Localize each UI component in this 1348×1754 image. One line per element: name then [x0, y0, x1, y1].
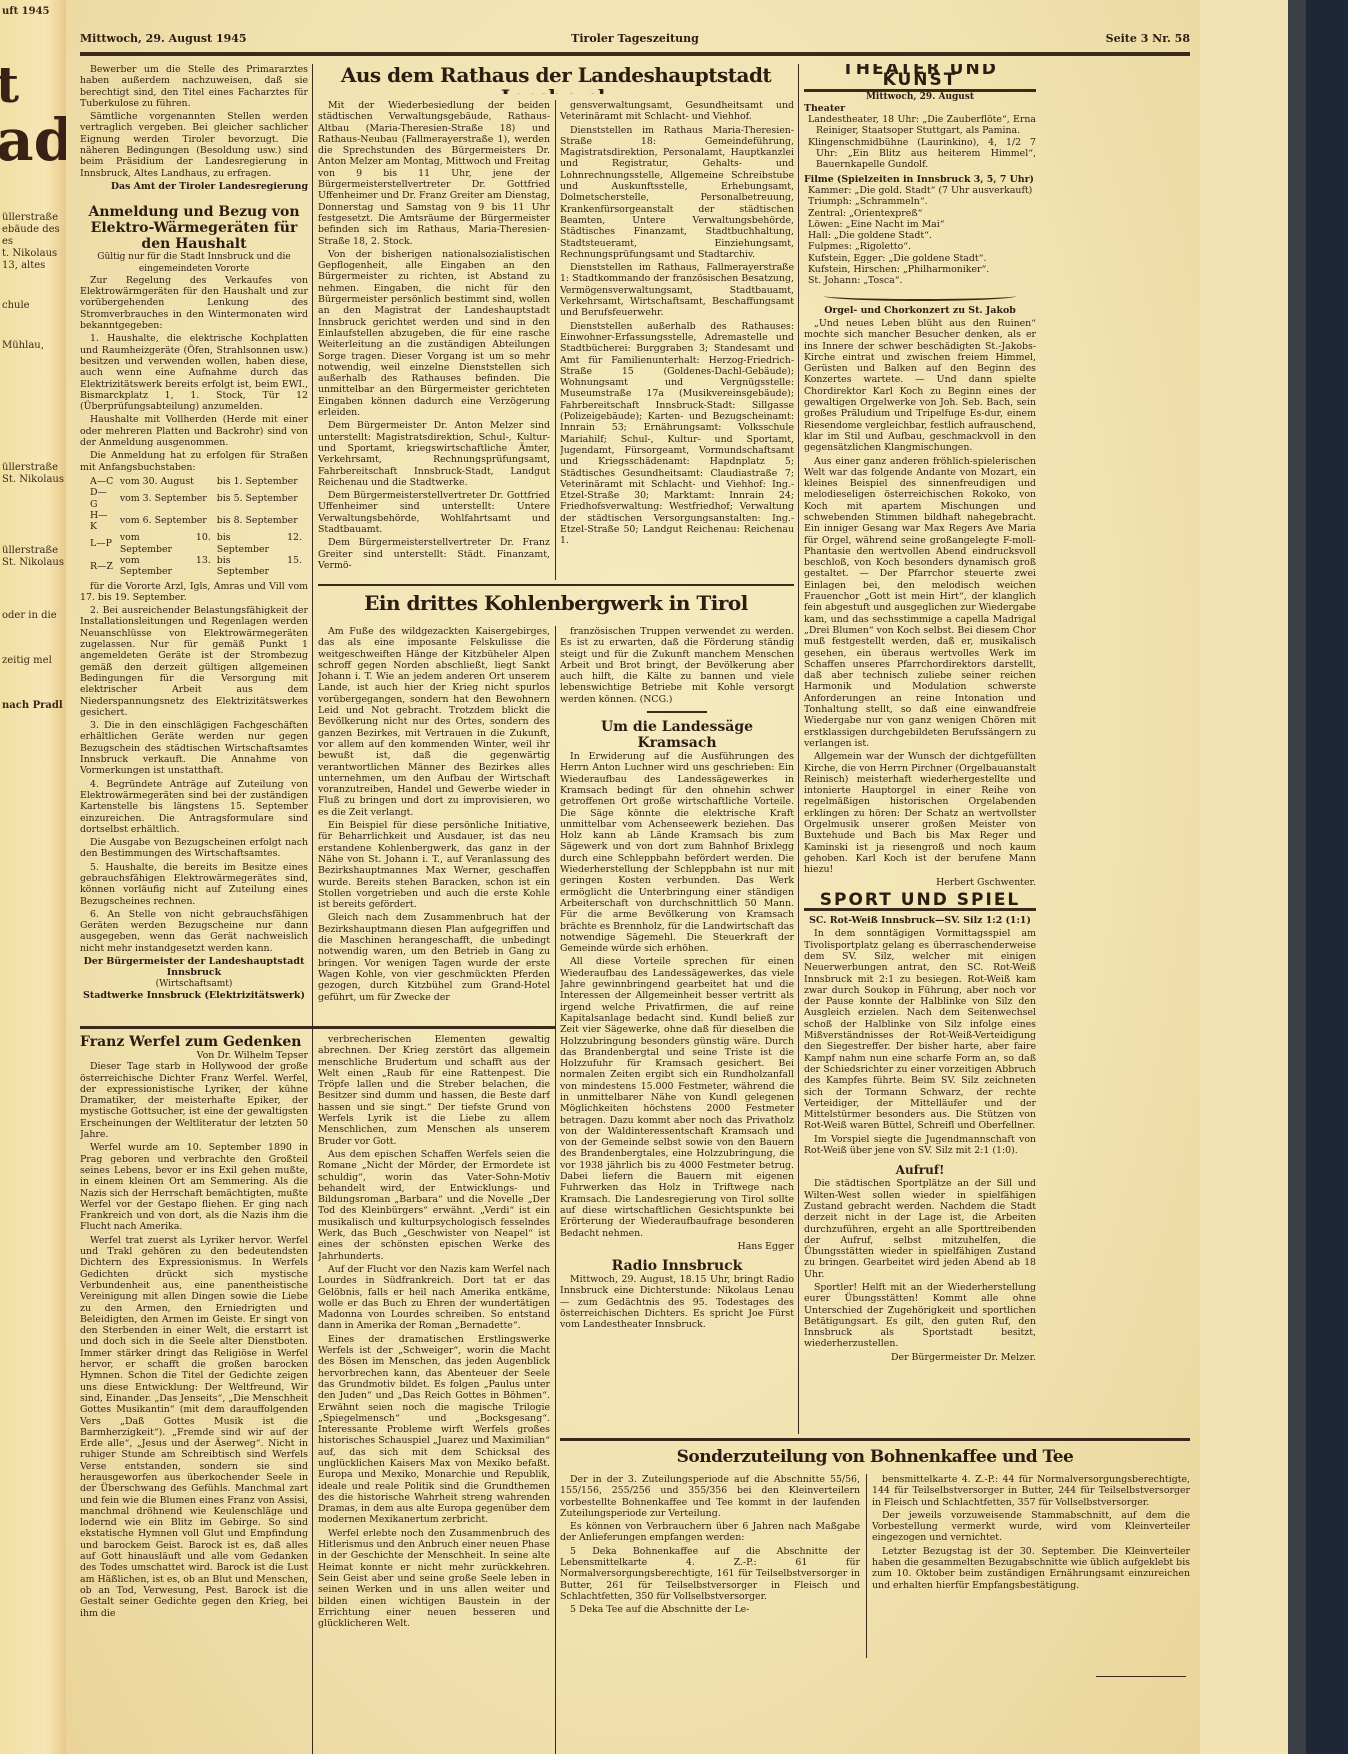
newspaper-page: Mittwoch, 29. August 1945 Tiroler Tagesz… — [66, 0, 1200, 1754]
paragraph: Ein Beispiel für diese persönliche Initi… — [318, 820, 550, 910]
paragraph: Die Anmeldung hat zu erfolgen für Straße… — [80, 450, 308, 473]
paragraph: Der jeweils vorzuweisende Stammabschnitt… — [872, 1510, 1190, 1544]
paragraph: Haushalte mit Vollherden (Herde mit eine… — [80, 414, 308, 448]
theater-label: Theater — [804, 103, 1036, 114]
saege-author: Hans Egger — [560, 1241, 794, 1252]
rathaus-header: Aus dem Rathaus der Landeshauptstadt Inn… — [318, 64, 794, 94]
paragraph: „Und neues Leben blüht aus den Ruinen“ m… — [804, 318, 1036, 454]
paragraph: 1. Haushalte, die elektrische Kochplatte… — [80, 333, 308, 412]
paragraph: Sportler! Helft mit an der Wiederherstel… — [804, 1282, 1036, 1350]
paragraph: In dem sonntägigen Vormittagsspiel am Ti… — [804, 928, 1036, 1131]
paragraph: 5 Deka Bohnenkaffee auf die Abschnitte d… — [560, 1546, 860, 1602]
adjacent-page-date: uft 1945 — [2, 6, 50, 18]
short-rule — [647, 711, 707, 713]
film-item: Kufstein, Egger: „Die goldene Stadt“. — [816, 253, 1036, 264]
paragraph: 3. Die in den einschlägigen Fachgeschäft… — [80, 720, 308, 776]
paragraph: Mit der Wiederbesiedlung der beiden städ… — [318, 100, 550, 247]
film-item: Hall: „Die goldene Stadt“. — [816, 230, 1036, 241]
paragraph: Dem Bürgermeister Dr. Anton Melzer sind … — [318, 420, 550, 488]
rathaus-col-b: gensverwaltungsamt, Gesundheitsamt und V… — [560, 100, 794, 580]
match-title: SC. Rot-Weiß Innsbruck—SV. Silz 1:2 (1:1… — [804, 915, 1036, 926]
kohle-header: Ein drittes Kohlenbergwerk in Tirol — [318, 592, 794, 622]
concert-title: Orgel- und Chorkonzert zu St. Jakob — [804, 305, 1036, 316]
adjacent-headline-fragment-2: ad — [0, 110, 66, 170]
theater-item: Klingenschmidbühne (Laurinkino), 4, 1/2 … — [816, 137, 1036, 171]
paragraph: Gleich nach dem Zusammenbruch hat der Be… — [318, 912, 550, 1002]
paragraph: Mittwoch, 29. August, 18.15 Uhr, bringt … — [560, 1274, 794, 1330]
kohle-col-a: Am Fuße des wildgezackten Kaisergebirges… — [318, 626, 550, 1024]
paragraph: Sämtliche vorgenannten Stellen werden ve… — [80, 111, 308, 179]
adjacent-text: chule — [2, 300, 30, 312]
film-item: St. Johann: „Tosca“. — [816, 275, 1036, 286]
adjacent-text: nach Pradl — [2, 700, 63, 712]
paragraph: Letzter Bezugstag ist der 30. September.… — [872, 1546, 1190, 1591]
paragraph: Dieser Tage starb in Hollywood der große… — [80, 1061, 308, 1140]
column-divider — [866, 1474, 867, 1658]
column-1: Bewerber um die Stelle des Primararztes … — [80, 64, 308, 1022]
section-sport: SPORT UND SPIEL — [804, 895, 1036, 911]
adjacent-text: St. Nikolaus — [2, 557, 64, 569]
theater-item: Landestheater, 18 Uhr: „Die Zauberflöte“… — [816, 114, 1036, 137]
film-item: Fulpmes: „Rigoletto“. — [816, 241, 1036, 252]
paragraph: gensverwaltungsamt, Gesundheitsamt und V… — [560, 100, 794, 123]
kaffee-title: Sonderzuteilung von Bohnenkaffee und Tee — [560, 1446, 1190, 1468]
section-rule — [318, 584, 794, 586]
column-4: THEATER UND KUNST Mittwoch, 29. August T… — [804, 64, 1036, 1434]
paragraph: Zur Regelung des Verkaufes von Elektrowä… — [80, 275, 308, 331]
adjacent-text: zeitig mel — [2, 655, 52, 667]
paragraph: Dem Bürgermeisterstellvertreter Dr. Gott… — [318, 490, 550, 535]
werfel-col-a: Franz Werfel zum Gedenken Von Dr. Wilhel… — [80, 1034, 308, 1754]
end-rule — [1096, 1676, 1186, 1677]
column-divider — [555, 626, 556, 1754]
paragraph: Werfel wurde am 10. September 1890 in Pr… — [80, 1142, 308, 1232]
adjacent-text: üllerstraße — [2, 462, 58, 474]
masthead-rule — [80, 52, 1190, 56]
paragraph: Werfel trat zuerst als Lyriker hervor. W… — [80, 1235, 308, 1619]
paragraph: bensmittelkarte 4. Z.-P.: 44 für Normalv… — [872, 1474, 1190, 1508]
paragraph: 5 Deka Tee auf die Abschnitte der Le- — [560, 1604, 860, 1615]
adjacent-text: oder in die — [2, 610, 57, 622]
kaffee-header: Sonderzuteilung von Bohnenkaffee und Tee — [560, 1446, 1190, 1470]
paragraph: Der in der 3. Zuteilungsperiode auf die … — [560, 1474, 860, 1519]
film-item: Kammer: „Die gold. Stadt“ (7 Uhr ausverk… — [816, 185, 1036, 196]
paper-name: Tiroler Tageszeitung — [80, 32, 1190, 45]
paragraph: verbrecherischen Elementen gewaltig abre… — [318, 1034, 550, 1147]
masthead: Mittwoch, 29. August 1945 Tiroler Tagesz… — [80, 28, 1190, 48]
werfel-byline: Von Dr. Wilhelm Tepser — [80, 1050, 308, 1061]
column-divider — [555, 100, 556, 580]
schedule-row: D—Gvom 3. Septemberbis 5. September — [90, 487, 308, 510]
adjacent-text: es — [2, 236, 13, 248]
paragraph: Von der bisherigen nationalsozialistisch… — [318, 249, 550, 418]
paragraph: Bewerber um die Stelle des Primararztes … — [80, 64, 308, 109]
werfel-title: Franz Werfel zum Gedenken — [80, 1034, 308, 1050]
paragraph: Allgemein war der Wunsch der dichtgefüll… — [804, 751, 1036, 875]
paragraph: Auf der Flucht vor den Nazis kam Werfel … — [318, 1264, 550, 1332]
paragraph: In Erwiderung auf die Ausführungen des H… — [560, 751, 794, 954]
theater-date: Mittwoch, 29. August — [804, 92, 1036, 103]
schedule-row: H—Kvom 6. Septemberbis 8. September — [90, 510, 308, 533]
paragraph: Aus dem epischen Schaffen Werfels seien … — [318, 1149, 550, 1262]
saege-title: Um die Landessäge Kramsach — [560, 719, 794, 751]
film-item: Löwen: „Eine Nacht im Mai“ — [816, 219, 1036, 230]
page-number: Seite 3 Nr. 58 — [1106, 32, 1190, 45]
adjacent-text: ebäude des — [2, 224, 60, 236]
book-binding — [1200, 0, 1348, 1754]
paragraph: Werfel erlebte noch den Zusammenbruch de… — [318, 1528, 550, 1630]
paragraph: 2. Bei ausreichender Belastungsfähigkeit… — [80, 605, 308, 718]
paragraph: 4. Begründete Anträge auf Zuteilung von … — [80, 779, 308, 835]
adjacent-text: Mühlau, — [2, 340, 44, 352]
film-item: Kufstein, Hirschen: „Philharmoniker“. — [816, 264, 1036, 275]
film-label: Filme (Spielzeiten in Innsbruck 3, 5, 7 … — [804, 174, 1036, 185]
article-title-elektro: Anmeldung und Bezug von Elektro-Wärmeger… — [80, 204, 308, 252]
schedule-row: R—Zvom 13. Septemberbis 15. September — [90, 555, 308, 578]
paragraph: Die städtischen Sportplätze an der Sill … — [804, 1178, 1036, 1280]
kaffee-col-a: Der in der 3. Zuteilungsperiode auf die … — [560, 1474, 860, 1674]
adjacent-text: üllerstraße — [2, 545, 58, 557]
article-subtitle: Gültig nur für die Stadt Innsbruck und d… — [80, 252, 308, 275]
paragraph: französischen Truppen verwendet zu werde… — [560, 626, 794, 705]
adjacent-page-strip: uft 1945 t ad üllerstraße ebäude des es … — [0, 0, 66, 1754]
werfel-col-b: verbrecherischen Elementen gewaltig abre… — [318, 1034, 550, 1754]
appeal-signature: Der Bürgermeister Dr. Melzer. — [804, 1352, 1036, 1363]
concert-author: Herbert Gschwenter. — [804, 877, 1036, 888]
column-divider — [798, 64, 799, 1434]
paragraph: 5. Haushalte, die bereits im Besitze ein… — [80, 862, 308, 907]
paragraph: Am Fuße des wildgezackten Kaisergebirges… — [318, 626, 550, 818]
paragraph: Dienststellen außerhalb des Rathauses: E… — [560, 321, 794, 547]
rathaus-title: Aus dem Rathaus der Landeshauptstadt Inn… — [318, 64, 794, 94]
paragraph: All diese Vorteile sprechen für einen Wi… — [560, 956, 794, 1238]
adjacent-text: St. Nikolaus — [2, 474, 64, 486]
signature-office: (Wirtschaftsamt) — [80, 979, 308, 990]
adjacent-text: üllerstraße — [2, 212, 58, 224]
intro-signature: Das Amt der Tiroler Landesregierung — [80, 181, 308, 192]
film-item: Zentral: „Orientexpreß“ — [816, 208, 1036, 219]
column-divider — [312, 64, 313, 1754]
paragraph: Aus einer ganz anderen fröhlich-spieleri… — [804, 456, 1036, 750]
signature-mayor: Der Bürgermeister der Landeshauptstadt I… — [80, 956, 308, 979]
column-3: französischen Truppen verwendet zu werde… — [560, 626, 794, 1426]
registration-schedule: A—Cvom 30. Augustbis 1. September D—Gvom… — [90, 476, 308, 578]
wavy-divider — [824, 291, 1016, 301]
adjacent-text: t. Nikolaus — [2, 248, 57, 260]
schedule-row: L—Pvom 10. Septemberbis 12. September — [90, 532, 308, 555]
section-rule — [560, 1438, 1190, 1441]
section-theater: THEATER UND KUNST — [804, 64, 1036, 92]
paragraph: 6. An Stelle von nicht gebrauchsfähigen … — [80, 909, 308, 954]
paragraph: Die Ausgabe von Bezugscheinen erfolgt na… — [80, 837, 308, 860]
paragraph: Eines der dramatischen Erstlingswerke We… — [318, 1334, 550, 1526]
paragraph: für die Vororte Arzl, Igls, Amras und Vi… — [80, 581, 308, 604]
appeal-title: Aufruf! — [804, 1162, 1036, 1178]
radio-title: Radio Innsbruck — [560, 1258, 794, 1274]
film-item: Triumph: „Schrammeln“. — [816, 196, 1036, 207]
schedule-row: A—Cvom 30. Augustbis 1. September — [90, 476, 308, 487]
paragraph: Dienststellen im Rathaus, Fallmerayerstr… — [560, 262, 794, 318]
kaffee-col-b: bensmittelkarte 4. Z.-P.: 44 für Normalv… — [872, 1474, 1190, 1674]
paragraph: Dienststellen im Rathaus Maria-Theresien… — [560, 125, 794, 261]
paragraph: Dem Bürgermeisterstellvertreter Dr. Fran… — [318, 537, 550, 571]
rathaus-col-a: Mit der Wiederbesiedlung der beiden städ… — [318, 100, 550, 580]
paragraph: Im Vorspiel siegte die Jugendmannschaft … — [804, 1134, 1036, 1157]
section-rule — [80, 1026, 556, 1029]
adjacent-text: 13, altes — [2, 260, 45, 272]
kohle-title: Ein drittes Kohlenbergwerk in Tirol — [318, 592, 794, 614]
paragraph: Es können von Verbrauchern über 6 Jahren… — [560, 1521, 860, 1544]
signature-stadtwerke: Stadtwerke Innsbruck (Elektrizitätswerk) — [80, 990, 308, 1001]
